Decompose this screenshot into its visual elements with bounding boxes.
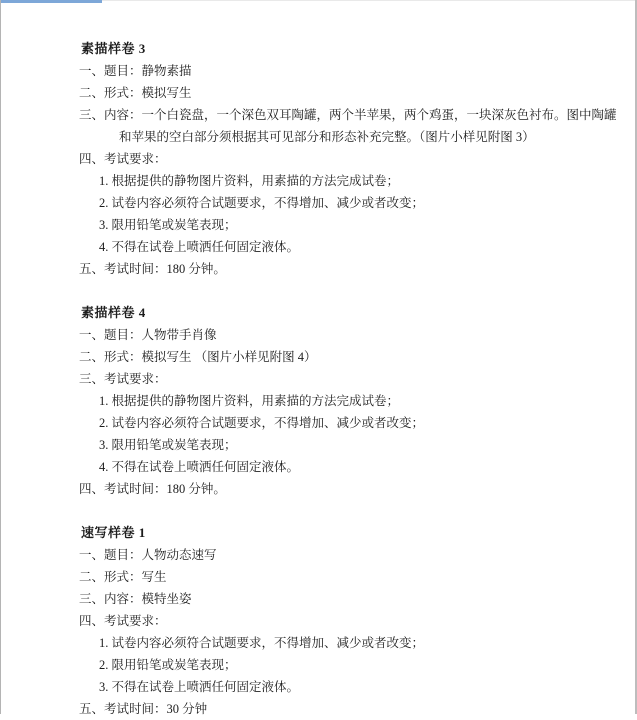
doc-line-item: 一、题目：静物素描 [1,60,635,82]
doc-line-sub: 3. 限用铅笔或炭笔表现； [1,214,635,236]
doc-line-sub: 1. 根据提供的静物图片资料，用素描的方法完成试卷； [1,390,635,412]
progress-indicator [1,0,102,3]
doc-line-item: 四、考试要求： [1,148,635,170]
section-heading: 素描样卷 3 [1,38,635,60]
doc-line-sub: 3. 限用铅笔或炭笔表现； [1,434,635,456]
doc-line-item: 二、形式：写生 [1,566,635,588]
doc-line-item: 四、考试时间：180 分钟。 [1,478,635,500]
doc-line-sub: 1. 根据提供的静物图片资料，用素描的方法完成试卷； [1,170,635,192]
doc-line-item: 二、形式：模拟写生 [1,82,635,104]
doc-line-item: 二、形式：模拟写生 （图片小样见附图 4） [1,346,635,368]
doc-line-item: 一、题目：人物动态速写 [1,544,635,566]
doc-line-item: 三、内容：一个白瓷盘，一个深色双耳陶罐，两个半苹果，两个鸡蛋，一块深灰色衬布。图… [1,104,635,126]
doc-line-sub: 2. 试卷内容必须符合试题要求，不得增加、减少或者改变； [1,412,635,434]
doc-line-sub: 2. 试卷内容必须符合试题要求，不得增加、减少或者改变； [1,192,635,214]
doc-line-wrap: 和苹果的空白部分须根据其可见部分和形态补充完整。（图片小样见附图 3） [1,126,635,148]
doc-line-item: 三、内容：模特坐姿 [1,588,635,610]
exam-section: 速写样卷 1一、题目：人物动态速写二、形式：写生三、内容：模特坐姿四、考试要求：… [1,522,635,714]
doc-line-item: 三、考试要求： [1,368,635,390]
section-heading: 素描样卷 4 [1,302,635,324]
exam-section: 素描样卷 3一、题目：静物素描二、形式：模拟写生三、内容：一个白瓷盘，一个深色双… [1,38,635,280]
section-heading: 速写样卷 1 [1,522,635,544]
doc-line-sub: 3. 不得在试卷上喷洒任何固定液体。 [1,676,635,698]
doc-line-item: 四、考试要求： [1,610,635,632]
document-page: 素描样卷 3一、题目：静物素描二、形式：模拟写生三、内容：一个白瓷盘，一个深色双… [0,0,637,714]
doc-line-item: 一、题目：人物带手肖像 [1,324,635,346]
doc-line-sub: 4. 不得在试卷上喷洒任何固定液体。 [1,456,635,478]
doc-line-item: 五、考试时间：180 分钟。 [1,258,635,280]
doc-line-item: 五、考试时间：30 分钟 [1,698,635,714]
doc-line-sub: 1. 试卷内容必须符合试题要求，不得增加、减少或者改变； [1,632,635,654]
doc-line-sub: 4. 不得在试卷上喷洒任何固定液体。 [1,236,635,258]
doc-line-sub: 2. 限用铅笔或炭笔表现； [1,654,635,676]
document-body: 素描样卷 3一、题目：静物素描二、形式：模拟写生三、内容：一个白瓷盘，一个深色双… [1,38,635,714]
exam-section: 素描样卷 4一、题目：人物带手肖像二、形式：模拟写生 （图片小样见附图 4）三、… [1,302,635,500]
